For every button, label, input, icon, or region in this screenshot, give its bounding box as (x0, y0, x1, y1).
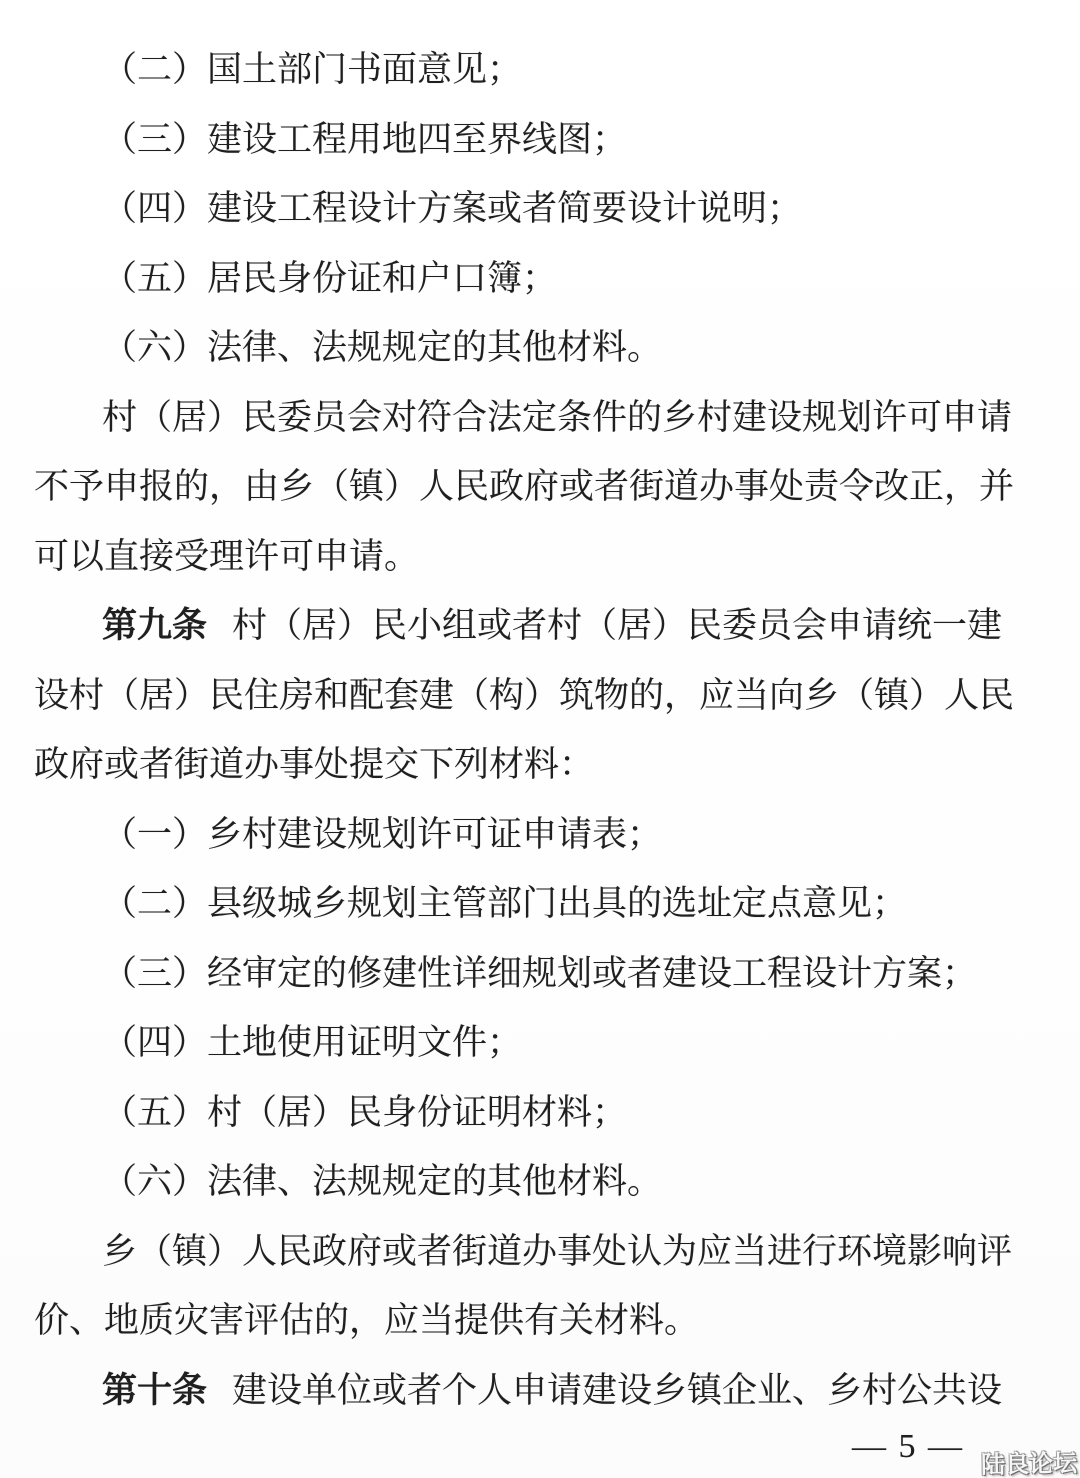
list-item-line: （六）法律、法规规定的其他材料。 (34, 1162, 1050, 1202)
article-text: 建设单位或者个人申请建设乡镇企业、乡村公共设 (232, 1371, 1002, 1410)
article-line: 第九条村（居）民小组或者村（居）民委员会申请统一建 (34, 606, 1050, 646)
paragraph-line: 不予申报的，由乡（镇）人民政府或者街道办事处责令改正，并 (34, 467, 1050, 507)
paragraph-line: 乡（镇）人民政府或者街道办事处认为应当进行环境影响评 (34, 1232, 1050, 1272)
list-item-line: （五）居民身份证和户口簿； (34, 259, 1050, 299)
list-item-line: （二）县级城乡规划主管部门出具的选址定点意见； (34, 884, 1050, 924)
list-item-line: （二）国土部门书面意见； (34, 50, 1050, 90)
paragraph-line: 价、地质灾害评估的，应当提供有关材料。 (34, 1301, 1050, 1341)
page-number: — 5 — (852, 1428, 964, 1465)
list-item-line: （三）建设工程用地四至界线图； (34, 120, 1050, 160)
document-page: （二）国土部门书面意见； （三）建设工程用地四至界线图； （四）建设工程设计方案… (0, 0, 1080, 1478)
list-item-line: （五）村（居）民身份证明材料； (34, 1093, 1050, 1133)
article-text: 村（居）民小组或者村（居）民委员会申请统一建 (232, 606, 1002, 645)
list-item-line: （四）建设工程设计方案或者简要设计说明； (34, 189, 1050, 229)
list-item-line: （三）经审定的修建性详细规划或者建设工程设计方案； (34, 954, 1050, 994)
list-item-line: （四）土地使用证明文件； (34, 1023, 1050, 1063)
paragraph-line: 政府或者街道办事处提交下列材料： (34, 745, 1050, 785)
paragraph-line: 设村（居）民住房和配套建（构）筑物的，应当向乡（镇）人民 (34, 676, 1050, 716)
paragraph-line: 可以直接受理许可申请。 (34, 537, 1050, 577)
article-line: 第十条建设单位或者个人申请建设乡镇企业、乡村公共设 (34, 1371, 1050, 1411)
article-number: 第十条 (102, 1371, 207, 1410)
watermark: 陆良论坛 (981, 1443, 1078, 1478)
article-number: 第九条 (102, 606, 207, 645)
paragraph-line: 村（居）民委员会对符合法定条件的乡村建设规划许可申请 (34, 398, 1050, 438)
list-item-line: （一）乡村建设规划许可证申请表； (34, 815, 1050, 855)
list-item-line: （六）法律、法规规定的其他材料。 (34, 328, 1050, 368)
